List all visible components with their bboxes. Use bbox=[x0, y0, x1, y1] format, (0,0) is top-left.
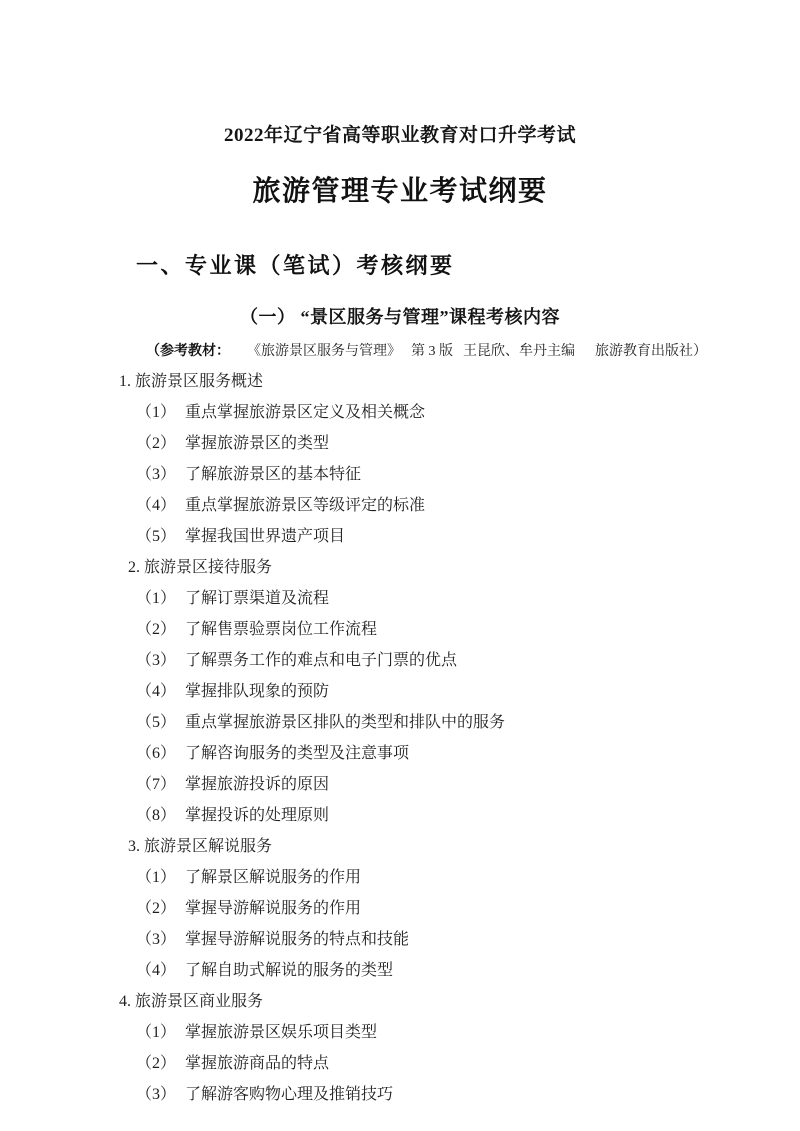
chapter-number: 4. bbox=[119, 993, 131, 1010]
item-number: （5） bbox=[136, 714, 176, 731]
chapter-title: 旅游景区解说服务 bbox=[144, 838, 272, 855]
item-text: 掌握投诉的处理原则 bbox=[185, 807, 329, 824]
outline-item: （5）掌握我国世界遗产项目 bbox=[0, 521, 800, 552]
item-number: （4） bbox=[136, 962, 176, 979]
chapter-number: 3. bbox=[128, 838, 140, 855]
item-number: （2） bbox=[136, 621, 176, 638]
item-number: （2） bbox=[136, 1055, 176, 1072]
outline-item: （2）掌握导游解说服务的作用 bbox=[0, 893, 800, 924]
item-text: 了解售票验票岗位工作流程 bbox=[185, 621, 377, 638]
outline-item: （1）重点掌握旅游景区定义及相关概念 bbox=[0, 397, 800, 428]
item-text: 掌握旅游景区娱乐项目类型 bbox=[185, 1024, 377, 1041]
item-number: （2） bbox=[136, 900, 176, 917]
outline-item: （3）掌握导游解说服务的特点和技能 bbox=[0, 924, 800, 955]
chapter-heading-3: 3.旅游景区解说服务 bbox=[0, 831, 800, 862]
item-number: （3） bbox=[136, 931, 176, 948]
chapter-title: 旅游景区接待服务 bbox=[144, 559, 272, 576]
item-text: 了解自助式解说的服务的类型 bbox=[185, 962, 393, 979]
outline-item: （2）掌握旅游景区的类型 bbox=[0, 428, 800, 459]
item-number: （1） bbox=[136, 590, 176, 607]
outline-item: （4）了解自助式解说的服务的类型 bbox=[0, 955, 800, 986]
outline-item: （1）掌握旅游景区娱乐项目类型 bbox=[0, 1017, 800, 1048]
item-number: （1） bbox=[136, 404, 176, 421]
item-text: 掌握旅游商品的特点 bbox=[185, 1055, 329, 1072]
item-number: （2） bbox=[136, 435, 176, 452]
chapter-title: 旅游景区服务概述 bbox=[135, 373, 263, 390]
outline-item: （2）了解售票验票岗位工作流程 bbox=[0, 614, 800, 645]
item-text: 重点掌握旅游景区定义及相关概念 bbox=[185, 404, 425, 421]
item-number: （1） bbox=[136, 1024, 176, 1041]
syllabus-outline: 1.旅游景区服务概述 （1）重点掌握旅游景区定义及相关概念 （2）掌握旅游景区的… bbox=[0, 366, 800, 1110]
document-title-line2: 旅游管理专业考试纲要 bbox=[0, 169, 800, 209]
outline-item: （1）了解景区解说服务的作用 bbox=[0, 862, 800, 893]
chapter-number: 2. bbox=[128, 559, 140, 576]
outline-item: （1）了解订票渠道及流程 bbox=[0, 583, 800, 614]
item-number: （3） bbox=[136, 1086, 176, 1103]
chapter-heading-1: 1.旅游景区服务概述 bbox=[0, 366, 800, 397]
item-number: （5） bbox=[136, 528, 176, 545]
item-number: （7） bbox=[136, 776, 176, 793]
reference-book-title: 《旅游景区服务与管理》 bbox=[254, 344, 401, 359]
document-title-line1: 2022年辽宁省高等职业教育对口升学考试 bbox=[0, 120, 800, 147]
item-number: （1） bbox=[136, 869, 176, 886]
item-text: 掌握排队现象的预防 bbox=[185, 683, 329, 700]
outline-item: （5）重点掌握旅游景区排队的类型和排队中的服务 bbox=[0, 707, 800, 738]
outline-item: （4）重点掌握旅游景区等级评定的标准 bbox=[0, 490, 800, 521]
reference-editors: 王昆欣、牟丹主编 bbox=[463, 344, 575, 359]
item-text: 重点掌握旅游景区排队的类型和排队中的服务 bbox=[185, 714, 505, 731]
outline-item: （6）了解咨询服务的类型及注意事项 bbox=[0, 738, 800, 769]
item-number: （4） bbox=[136, 683, 176, 700]
item-text: 重点掌握旅游景区等级评定的标准 bbox=[185, 497, 425, 514]
item-text: 掌握我国世界遗产项目 bbox=[185, 528, 345, 545]
reference-publisher: 旅游教育出版社） bbox=[595, 344, 707, 359]
item-text: 了解景区解说服务的作用 bbox=[185, 869, 361, 886]
reference-edition: 第 3 版 bbox=[411, 344, 453, 359]
chapter-title: 旅游景区商业服务 bbox=[135, 993, 263, 1010]
item-text: 掌握旅游景区的类型 bbox=[185, 435, 329, 452]
item-text: 了解订票渠道及流程 bbox=[185, 590, 329, 607]
item-number: （3） bbox=[136, 652, 176, 669]
outline-item: （3）了解游客购物心理及推销技巧 bbox=[0, 1079, 800, 1110]
item-number: （8） bbox=[136, 807, 176, 824]
item-text: 掌握导游解说服务的作用 bbox=[185, 900, 361, 917]
outline-item: （7）掌握旅游投诉的原因 bbox=[0, 769, 800, 800]
reference-prefix: （参考教材： bbox=[146, 344, 230, 359]
section-heading: 一、专业课（笔试）考核纲要 bbox=[136, 249, 455, 280]
outline-item: （3）了解票务工作的难点和电子门票的优点 bbox=[0, 645, 800, 676]
chapter-heading-4: 4.旅游景区商业服务 bbox=[0, 986, 800, 1017]
chapter-heading-2: 2.旅游景区接待服务 bbox=[0, 552, 800, 583]
reference-line: （参考教材：《旅游景区服务与管理》第 3 版王昆欣、牟丹主编旅游教育出版社） bbox=[146, 340, 707, 360]
outline-item: （3）了解旅游景区的基本特征 bbox=[0, 459, 800, 490]
item-text: 了解咨询服务的类型及注意事项 bbox=[185, 745, 409, 762]
outline-item: （2）掌握旅游商品的特点 bbox=[0, 1048, 800, 1079]
outline-item: （8）掌握投诉的处理原则 bbox=[0, 800, 800, 831]
item-number: （3） bbox=[136, 466, 176, 483]
item-text: 了解票务工作的难点和电子门票的优点 bbox=[185, 652, 457, 669]
outline-item: （4）掌握排队现象的预防 bbox=[0, 676, 800, 707]
item-number: （6） bbox=[136, 745, 176, 762]
item-text: 了解旅游景区的基本特征 bbox=[185, 466, 361, 483]
document-page: 2022年辽宁省高等职业教育对口升学考试 旅游管理专业考试纲要 一、专业课（笔试… bbox=[0, 0, 800, 1131]
item-text: 掌握导游解说服务的特点和技能 bbox=[185, 931, 409, 948]
item-text: 掌握旅游投诉的原因 bbox=[185, 776, 329, 793]
item-number: （4） bbox=[136, 497, 176, 514]
chapter-number: 1. bbox=[119, 373, 131, 390]
subsection-heading: （一） “景区服务与管理”课程考核内容 bbox=[0, 303, 800, 329]
item-text: 了解游客购物心理及推销技巧 bbox=[185, 1086, 393, 1103]
